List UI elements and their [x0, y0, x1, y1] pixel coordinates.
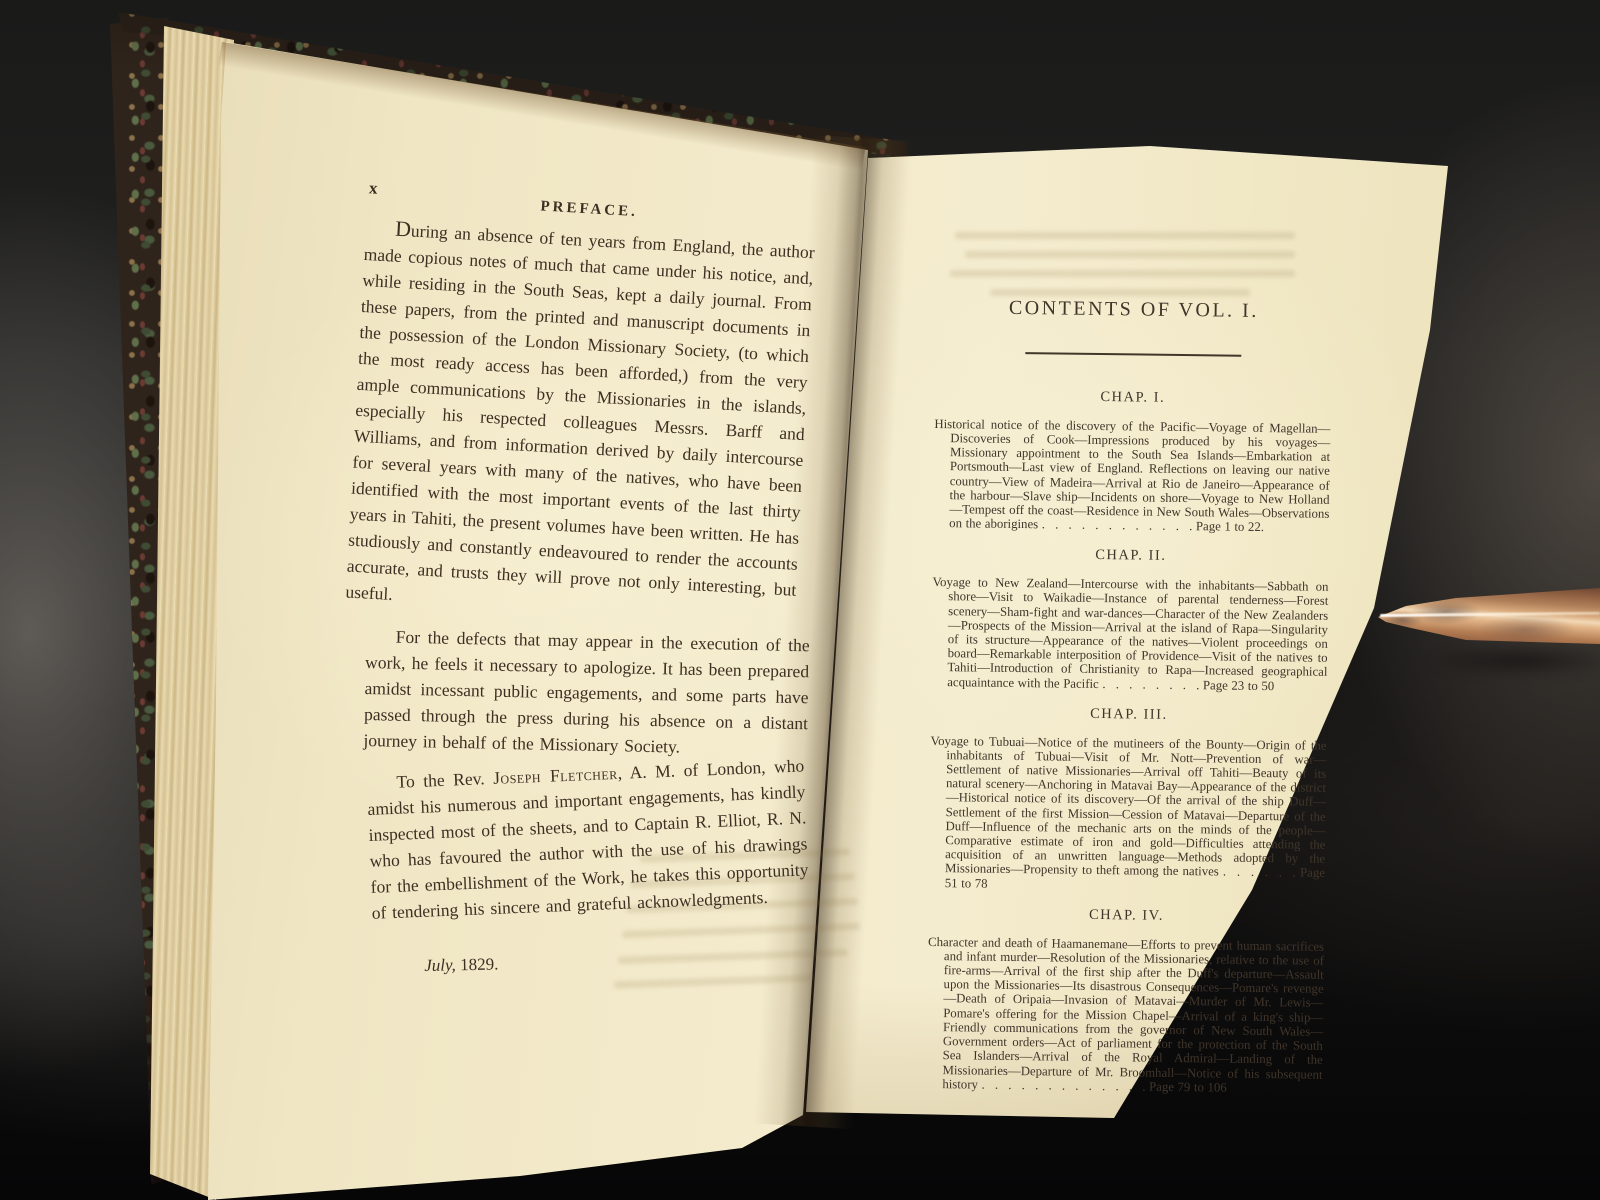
publication-date: July, 1829.	[424, 948, 816, 976]
chapter-entry: CHAP. II. Voyage to New Zealand—Intercou…	[931, 545, 1329, 693]
chapter-summary: Voyage to New Zealand—Intercourse with t…	[931, 575, 1328, 693]
preface-paragraph-1: During an absence of ten years from Engl…	[345, 214, 815, 629]
chapter-summary: Historical notice of the discovery of th…	[933, 417, 1330, 535]
chapter-page-range: Page 1 to 22.	[1192, 519, 1264, 534]
title-rule	[1025, 352, 1241, 357]
date-month: July,	[424, 955, 456, 975]
chapter-summary-text: Historical notice of the discovery of th…	[934, 417, 1330, 532]
ghost-text	[990, 289, 1250, 296]
paragraph-3-lead: To the Rev.	[396, 768, 493, 792]
chapter-heading: CHAP. I.	[935, 387, 1331, 409]
chapter-page-range: Page 79 to 106	[1145, 1079, 1226, 1094]
chapter-summary-text: Voyage to Tubuai—Notice of the mutineers…	[930, 734, 1326, 879]
book-photograph: x PREFACE. During an absence of ten year…	[0, 0, 1600, 1200]
ghost-text	[955, 232, 1295, 239]
ghost-text	[965, 251, 1295, 258]
chapter-entry: CHAP. III. Voyage to Tubuai—Notice of th…	[929, 704, 1327, 895]
chapter-summary: Voyage to Tubuai—Notice of the mutineers…	[929, 734, 1327, 895]
ghost-text	[950, 270, 1295, 277]
preface-paragraph-2: For the defects that may appear in the e…	[363, 623, 810, 762]
dedicatee-name: Joseph Fletcher	[493, 763, 618, 788]
chapter-heading: CHAP. II.	[933, 545, 1329, 567]
letter-opener-shadow	[1426, 650, 1600, 676]
dot-leaders: . . . . . . . .	[1102, 677, 1199, 692]
dot-leaders: . . . . . .	[1223, 865, 1296, 880]
date-year: 1829.	[456, 954, 499, 974]
chapter-entry: CHAP. IV. Character and death of Haamane…	[926, 905, 1324, 1096]
chapter-heading: CHAP. III.	[931, 704, 1327, 726]
dot-leaders: . . . . . . . . . . . . .	[981, 1077, 1145, 1093]
preface-page-content: x PREFACE. During an absence of ten year…	[366, 158, 816, 976]
contents-title: CONTENTS OF VOL. I.	[936, 296, 1332, 324]
chapter-summary-text: Voyage to New Zealand—Intercourse with t…	[932, 575, 1328, 691]
chapter-heading: CHAP. IV.	[928, 905, 1324, 927]
preface-paragraph-3: To the Rev. Joseph Fletcher, A. M. of Lo…	[366, 752, 810, 925]
contents-page-content: CONTENTS OF VOL. I. CHAP. I. Historical …	[926, 296, 1332, 1108]
chapter-summary-text: Character and death of Haamanemane—Effor…	[928, 935, 1324, 1092]
dot-leaders: . . . . . . . . . . . .	[1042, 518, 1193, 534]
chapter-entry: CHAP. I. Historical notice of the discov…	[933, 387, 1331, 535]
chapter-summary: Character and death of Haamanemane—Effor…	[926, 935, 1324, 1096]
page-number: x	[368, 178, 378, 198]
chapter-page-range: Page 23 to 50	[1199, 678, 1274, 693]
